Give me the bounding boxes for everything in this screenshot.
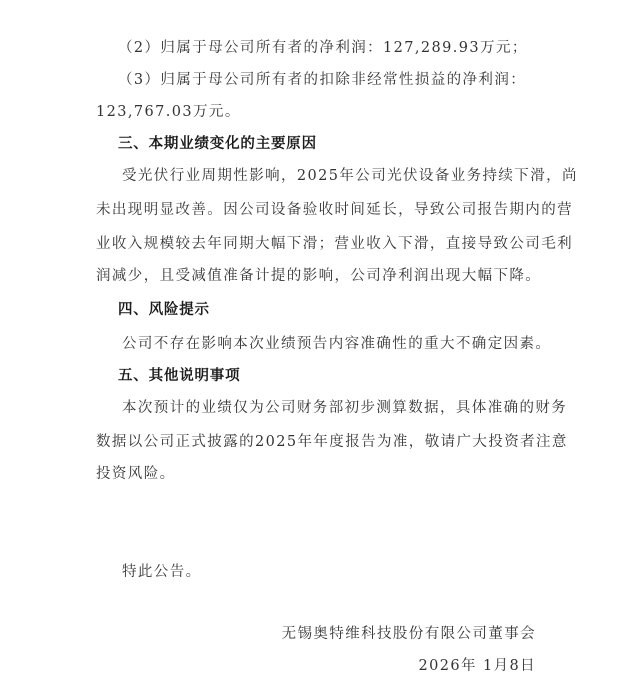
section-heading-reasons: 三、本期业绩变化的主要原因 — [118, 134, 317, 154]
other-paragraph-line: 数据以公司正式披露的2025年年度报告为准，敬请广大投资者注意 — [96, 432, 568, 452]
signature-organization: 无锡奥特维科技股份有限公司董事会 — [282, 624, 536, 644]
deducted-profit-item-line1: （3）归属于母公司所有者的扣除非经常性损益的净利润： — [118, 70, 526, 90]
deducted-profit-item-line2: 123,767.03万元。 — [96, 102, 241, 122]
reasons-paragraph-line: 润减少，且受减值准备计提的影响，公司净利润出现大幅下降。 — [96, 266, 541, 286]
risk-paragraph-line: 公司不存在影响本次业绩预告内容准确性的重大不确定因素。 — [122, 334, 551, 354]
reasons-paragraph-line: 业收入规模较去年同期大幅下滑；营业收入下滑，直接导致公司毛利 — [96, 234, 573, 254]
section-heading-other: 五、其他说明事项 — [118, 366, 240, 386]
signature-date: 2026年 1月8日 — [419, 656, 536, 676]
other-paragraph-line: 投资风险。 — [96, 464, 176, 484]
reasons-paragraph-line: 受光伏行业周期性影响，2025年公司光伏设备业务持续下滑，尚 — [122, 166, 578, 186]
net-profit-item: （2）归属于母公司所有者的净利润：127,289.93万元； — [118, 38, 528, 58]
reasons-paragraph-line: 未出现明显改善。因公司设备验收时间延长，导致公司报告期内的营 — [96, 200, 573, 220]
other-paragraph-line: 本次预计的业绩仅为公司财务部初步测算数据，具体准确的财务 — [122, 398, 567, 418]
section-heading-risk: 四、风险提示 — [118, 300, 210, 320]
closing-statement: 特此公告。 — [122, 562, 202, 582]
